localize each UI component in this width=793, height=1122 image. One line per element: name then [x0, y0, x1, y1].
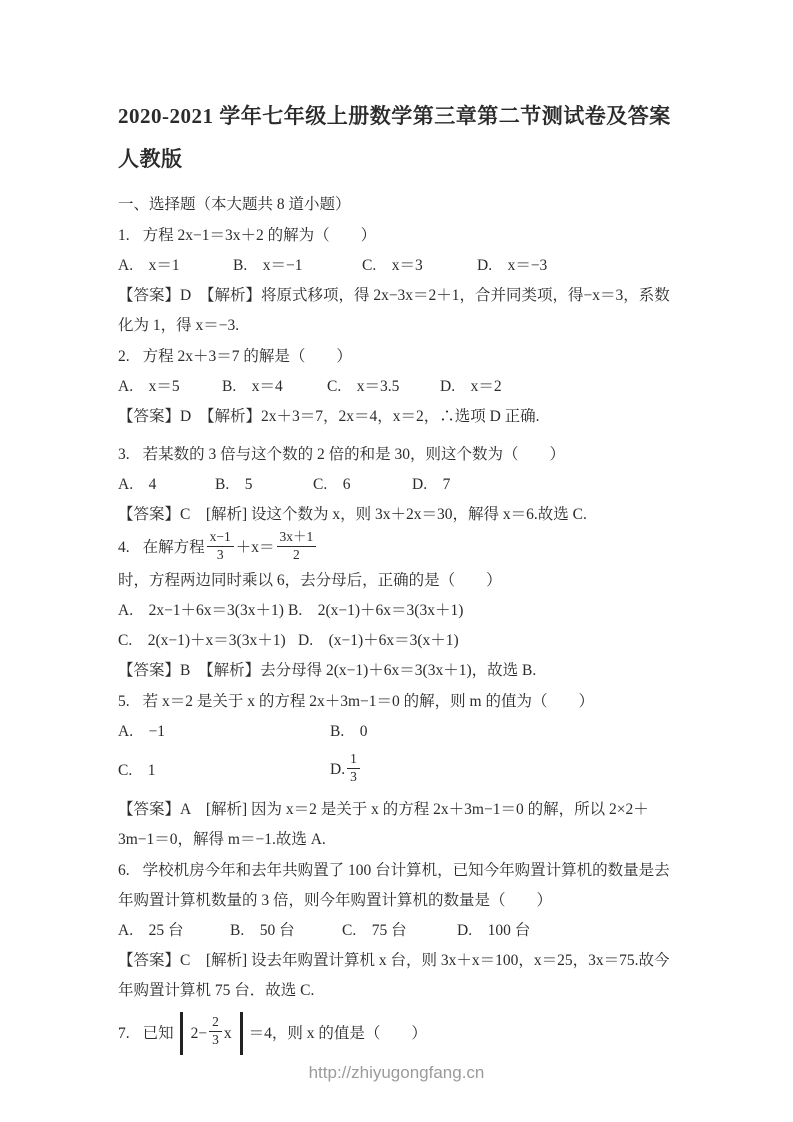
fraction-2-over-3: 23	[209, 1014, 222, 1049]
footer-watermark-url: http://zhiyugongfang.cn	[0, 1063, 793, 1083]
question-6: 6.学校机房今年和去年共购置了 100 台计算机，已知今年购置计算机的数量是去年…	[118, 856, 684, 1006]
question-6-answer: 【答案】C [解析] 设去年购置计算机 x 台，则 3x＋x＝100，x＝25，…	[118, 946, 684, 1006]
question-5-option-a: A. −1	[118, 717, 330, 747]
page-title: 2020-2021 学年七年级上册数学第三章第二节测试卷及答案 人教版	[118, 101, 684, 174]
question-4-option-c: C. 2(x−1)＋x＝3(3x＋1)	[118, 626, 298, 656]
question-4-option-b: B. 2(x−1)＋6x＝3(3x＋1)	[288, 596, 463, 626]
question-4-options-row-1: A. 2x−1＋6x＝3(3x＋1) B. 2(x−1)＋6x＝3(3x＋1)	[118, 596, 684, 626]
fraction-denominator: 3	[209, 1032, 222, 1049]
question-1-answer: 【答案】D 【解析】将原式移项，得 2x−3x＝2＋1，合并同类项，得−x＝3，…	[118, 281, 684, 341]
question-5: 5.若 x＝2 是关于 x 的方程 2x＋3m−1＝0 的解，则 m 的值为（ …	[118, 687, 684, 855]
question-4-answer: 【答案】B 【解析】去分母得 2(x−1)＋6x＝3(3x＋1)，故选 B.	[118, 656, 684, 686]
question-5-option-c: C. 1	[118, 756, 330, 786]
question-1-option-a: A. x＝1	[118, 251, 233, 281]
title-line-1: 2020-2021 学年七年级上册数学第三章第二节测试卷及答案	[118, 101, 684, 131]
fraction-1-over-3: 13	[347, 751, 360, 786]
question-3-answer: 【答案】C [解析] 设这个数为 x，则 3x＋2x＝30，解得 x＝6.故选 …	[118, 500, 684, 530]
question-4-stem-mid: ＋x＝	[236, 533, 275, 563]
question-1-stem: 1.方程 2x−1＝3x＋2 的解为（ ）	[118, 221, 684, 251]
question-3-option-b: B. 5	[215, 470, 313, 500]
question-1-options: A. x＝1 B. x＝−1 C. x＝3 D. x＝−3	[118, 251, 684, 281]
question-4-option-a: A. 2x−1＋6x＝3(3x＋1)	[118, 596, 288, 626]
question-4-stem: 4.在解方程x−13＋x＝3x＋12时，方程两边同时乘以 6，去分母后，正确的是…	[118, 531, 684, 596]
fraction-3x-plus-1-over-2: 3x＋12	[277, 529, 317, 564]
question-6-option-b: B. 50 台	[230, 916, 342, 946]
fraction-denominator: 3	[347, 769, 360, 786]
question-5-option-d-label: D.	[330, 761, 345, 778]
question-1-option-d: D. x＝−3	[477, 251, 547, 281]
question-5-stem-text: 若 x＝2 是关于 x 的方程 2x＋3m−1＝0 的解，则 m 的值为（ ）	[143, 693, 594, 710]
fraction-x-minus-1-over-3: x−13	[207, 529, 234, 564]
question-3-option-c: C. 6	[313, 470, 412, 500]
question-2-option-d: D. x＝2	[440, 372, 502, 402]
question-6-options: A. 25 台 B. 50 台 C. 75 台 D. 100 台	[118, 916, 684, 946]
question-3-stem-text: 若某数的 3 倍与这个数的 2 倍的和是 30，则这个数为（ ）	[143, 446, 565, 463]
question-5-options-row-1: A. −1 B. 0	[118, 717, 684, 747]
title-line-2: 人教版	[118, 144, 684, 174]
question-3-option-a: A. 4	[118, 470, 215, 500]
question-2-option-b: B. x＝4	[222, 372, 327, 402]
question-6-option-d: D. 100 台	[457, 916, 530, 946]
question-5-option-b: B. 0	[330, 717, 367, 747]
question-3: 3.若某数的 3 倍与这个数的 2 倍的和是 30，则这个数为（ ） A. 4 …	[118, 440, 684, 530]
fraction-numerator: 3x＋1	[277, 529, 317, 547]
abs-term-suffix: x	[224, 1019, 232, 1049]
question-7-number: 7.	[118, 1019, 130, 1049]
question-1: 1.方程 2x−1＝3x＋2 的解为（ ） A. x＝1 B. x＝−1 C. …	[118, 221, 684, 341]
question-5-number: 5.	[118, 693, 130, 710]
question-6-stem-text: 学校机房今年和去年共购置了 100 台计算机，已知今年购置计算机的数量是去年购置…	[118, 862, 670, 909]
question-1-stem-text: 方程 2x−1＝3x＋2 的解为（ ）	[143, 227, 377, 244]
question-6-option-c: C. 75 台	[342, 916, 457, 946]
question-4-stem-prefix: 在解方程	[143, 533, 205, 563]
question-2-number: 2.	[118, 348, 130, 365]
fraction-denominator: 3	[214, 547, 227, 564]
fraction-numerator: x−1	[207, 529, 234, 547]
question-2-option-c: C. x＝3.5	[327, 372, 440, 402]
question-5-options-row-2: C. 1 D.13	[118, 747, 684, 795]
question-1-option-b: B. x＝−1	[233, 251, 362, 281]
document-page: 2020-2021 学年七年级上册数学第三章第二节测试卷及答案 人教版 一、选择…	[0, 0, 793, 1122]
question-4-options-row-2: C. 2(x−1)＋x＝3(3x＋1) D. (x−1)＋6x＝3(x＋1)	[118, 626, 684, 656]
absolute-value-expression: 2−23x	[180, 1012, 243, 1055]
section-header: 一、选择题（本大题共 8 道小题）	[118, 190, 684, 220]
question-7: 7.已知2−23x＝4，则 x 的值是（ ）	[118, 1010, 684, 1058]
question-3-option-d: D. 7	[412, 470, 450, 500]
question-2-option-a: A. x＝5	[118, 372, 222, 402]
question-3-stem: 3.若某数的 3 倍与这个数的 2 倍的和是 30，则这个数为（ ）	[118, 440, 684, 470]
question-4: 4.在解方程x−13＋x＝3x＋12时，方程两边同时乘以 6，去分母后，正确的是…	[118, 531, 684, 686]
question-4-number: 4.	[118, 533, 130, 563]
abs-term-prefix: 2−	[191, 1019, 208, 1049]
question-6-number: 6.	[118, 862, 130, 879]
question-5-stem: 5.若 x＝2 是关于 x 的方程 2x＋3m−1＝0 的解，则 m 的值为（ …	[118, 687, 684, 717]
question-1-number: 1.	[118, 227, 130, 244]
question-4-stem-suffix: 时，方程两边同时乘以 6，去分母后，正确的是（ ）	[118, 566, 502, 596]
question-2-answer: 【答案】D 【解析】2x＋3＝7，2x＝4，x＝2，∴选项 D 正确.	[118, 402, 684, 432]
question-6-stem: 6.学校机房今年和去年共购置了 100 台计算机，已知今年购置计算机的数量是去年…	[118, 856, 684, 916]
question-4-option-d: D. (x−1)＋6x＝3(x＋1)	[298, 626, 459, 656]
question-2-stem-text: 方程 2x＋3＝7 的解是（ ）	[143, 348, 352, 365]
question-1-option-c: C. x＝3	[362, 251, 477, 281]
question-5-option-d: D.13	[330, 753, 362, 788]
question-3-number: 3.	[118, 446, 130, 463]
fraction-numerator: 2	[209, 1014, 222, 1032]
fraction-numerator: 1	[347, 751, 360, 769]
question-2-options: A. x＝5 B. x＝4 C. x＝3.5 D. x＝2	[118, 372, 684, 402]
question-7-stem-suffix: ＝4，则 x 的值是（ ）	[249, 1019, 427, 1049]
question-5-answer: 【答案】A [解析] 因为 x＝2 是关于 x 的方程 2x＋3m−1＝0 的解…	[118, 795, 684, 855]
question-6-option-a: A. 25 台	[118, 916, 230, 946]
question-2-stem: 2.方程 2x＋3＝7 的解是（ ）	[118, 342, 684, 372]
document-content: 2020-2021 学年七年级上册数学第三章第二节测试卷及答案 人教版 一、选择…	[118, 0, 684, 1058]
fraction-denominator: 2	[290, 547, 303, 564]
question-7-stem: 7.已知2−23x＝4，则 x 的值是（ ）	[118, 1010, 684, 1058]
question-3-options: A. 4 B. 5 C. 6 D. 7	[118, 470, 684, 500]
question-7-stem-prefix: 已知	[143, 1019, 174, 1049]
question-2: 2.方程 2x＋3＝7 的解是（ ） A. x＝5 B. x＝4 C. x＝3.…	[118, 342, 684, 432]
